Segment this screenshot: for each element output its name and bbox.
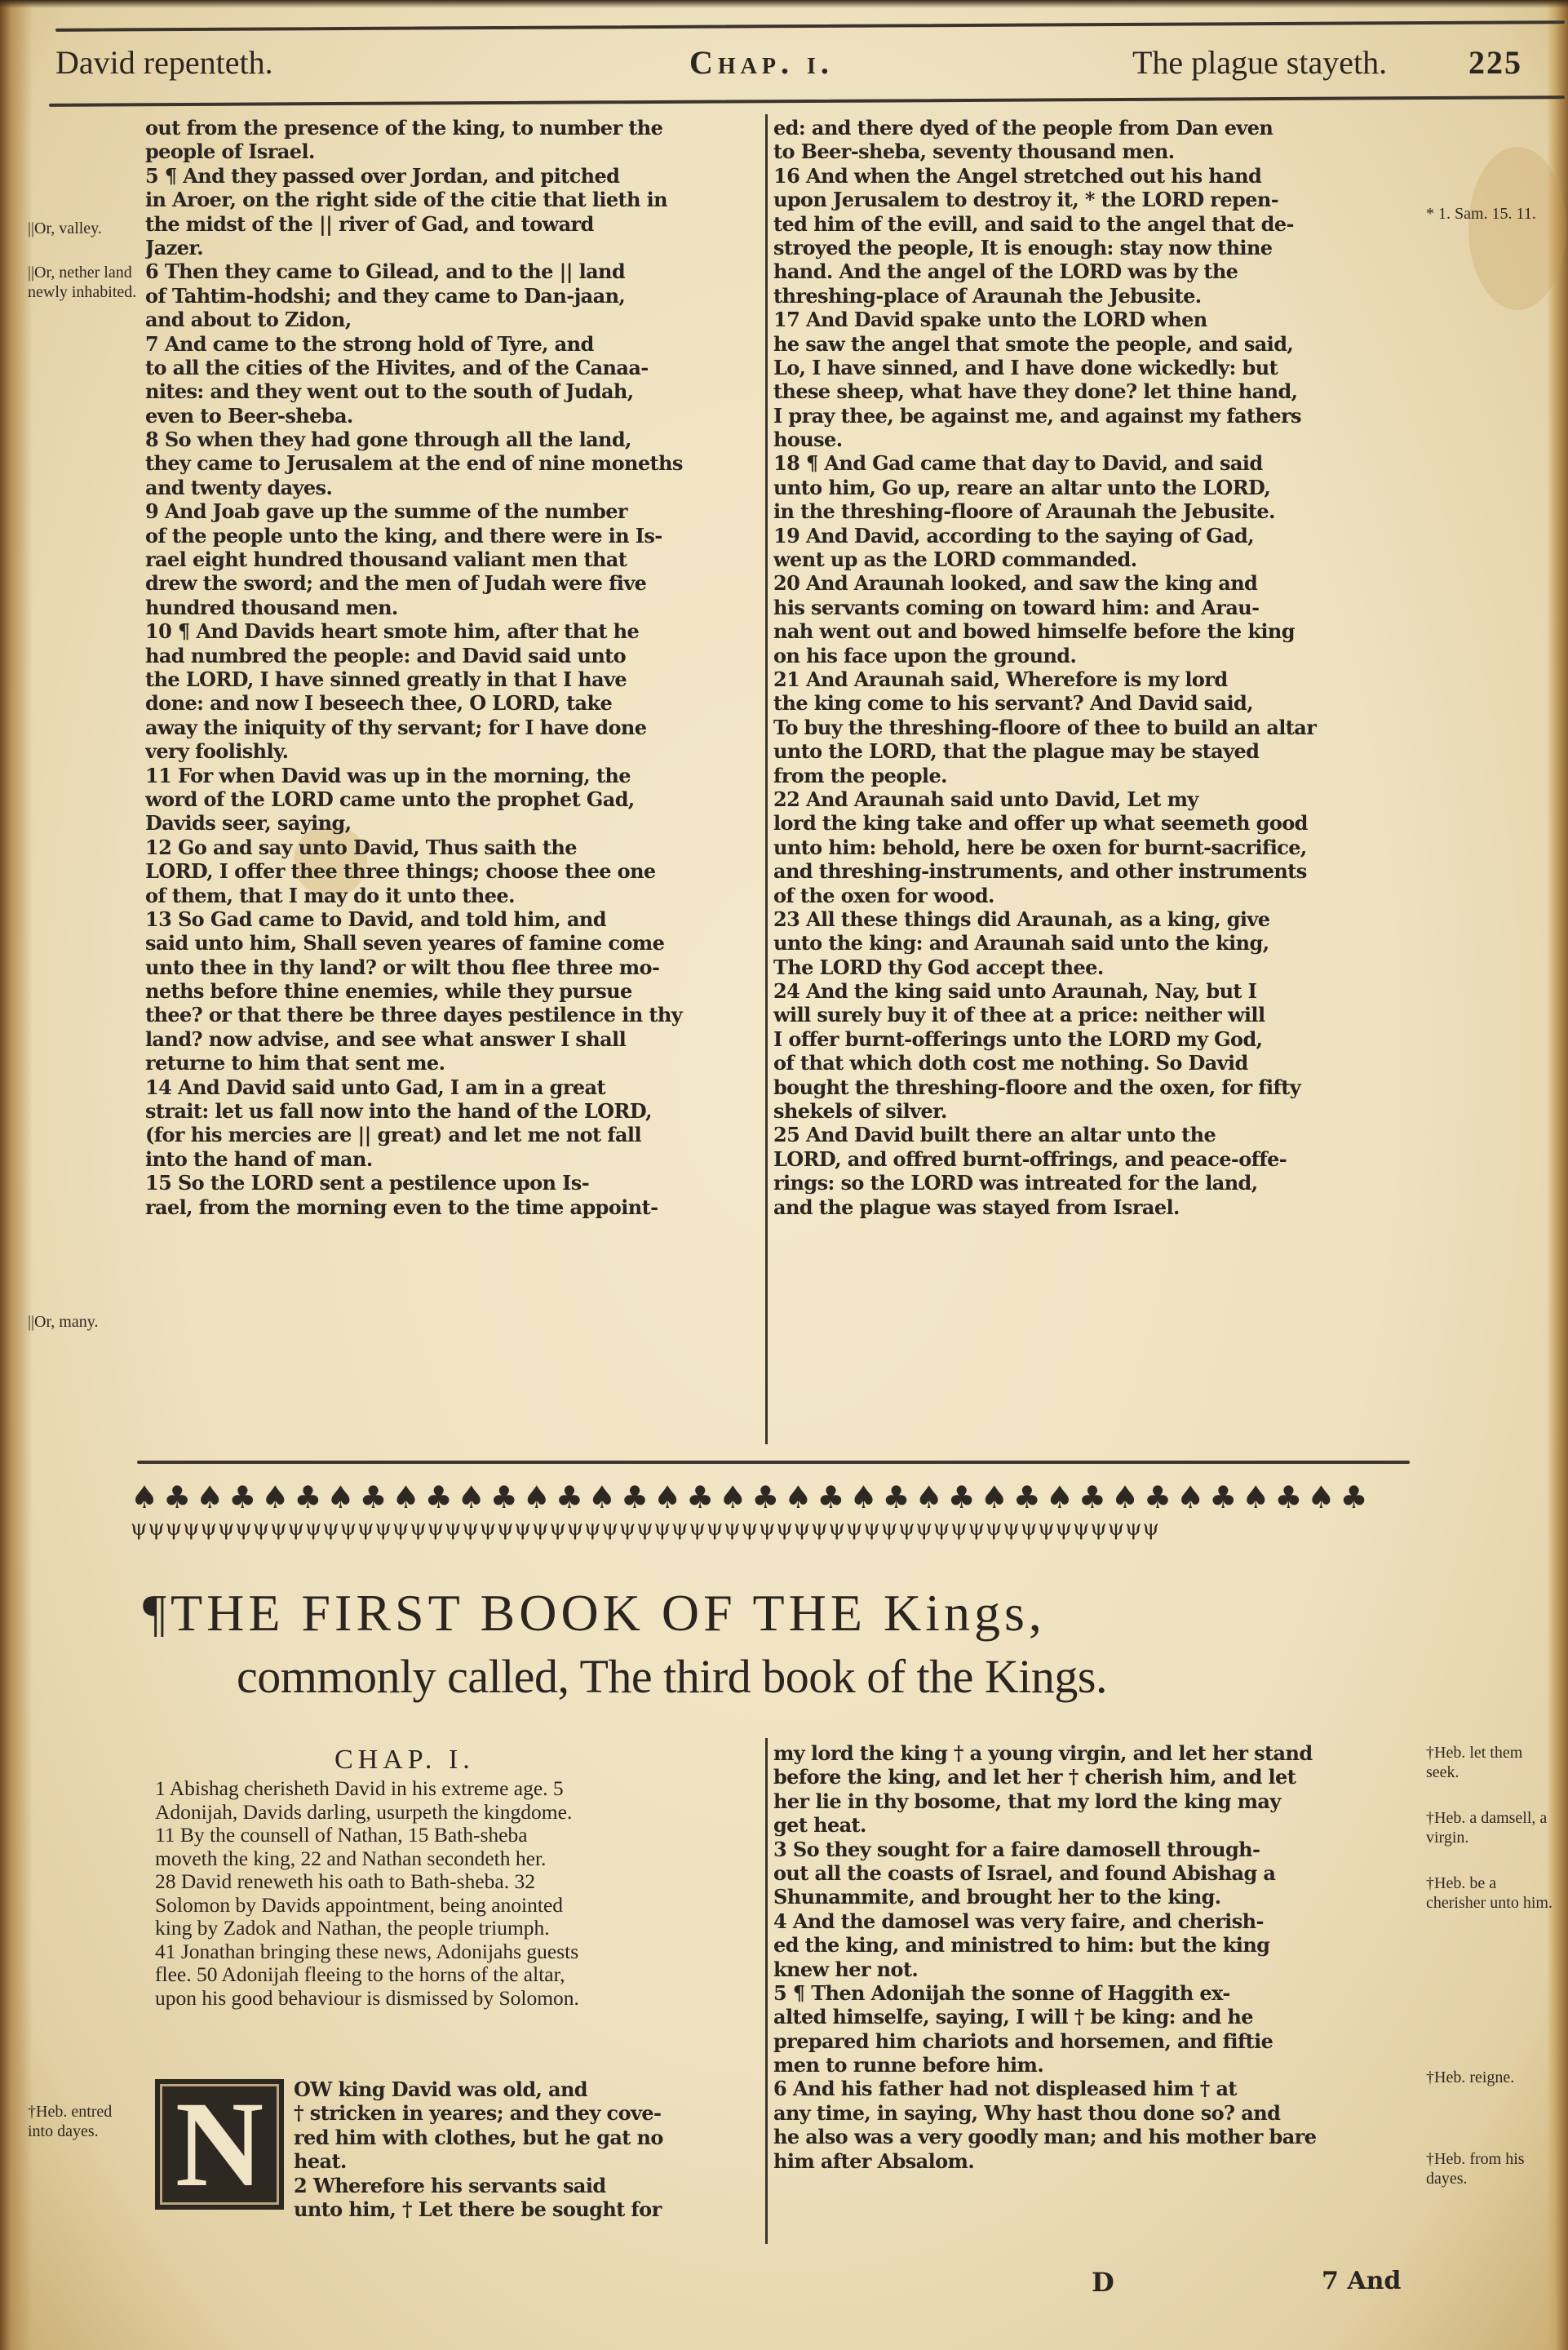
text-line: red him with clothes, but he gat no [294, 2126, 759, 2149]
text-line: people of Israel. [145, 140, 759, 163]
text-line: To buy the threshing-floore of thee to b… [773, 716, 1418, 739]
text-line: 19 And David, according to the saying of… [773, 524, 1418, 548]
text-line: 5 ¶ And they passed over Jordan, and pit… [145, 164, 759, 188]
text-line: I pray thee, be against me, and against … [773, 404, 1418, 428]
ornament-row-fleurons: ♠♣♠♣♠♣♠♣♠♣♠♣♠♣♠♣♠♣♠♣♠♣♠♣♠♣♠♣♠♣♠♣♠♣♠♣♠♣ [131, 1479, 1403, 1516]
text-line: 12 Go and say unto David, Thus saith the [145, 836, 759, 859]
text-line: nah went out and bowed himselfe before t… [773, 619, 1418, 643]
text-line: his servants coming on toward him: and A… [773, 596, 1418, 619]
text-line: 22 And Araunah said unto David, Let my [773, 787, 1418, 811]
text-line: of them, that I may do it unto thee. [145, 884, 759, 907]
text-line: knew her not. [773, 1958, 1410, 1981]
text-line: alted himselfe, saying, I will † be king… [773, 2005, 1410, 2029]
text-line: shekels of silver. [773, 1099, 1418, 1123]
header-top-rule [55, 20, 1565, 32]
text-line: unto him, Go up, reare an altar unto the… [773, 476, 1418, 499]
signature-mark: D [1092, 2267, 1114, 2298]
text-line: and about to Zidon, [145, 308, 759, 331]
text-line: 25 And David built there an altar unto t… [773, 1123, 1418, 1146]
text-line: house. [773, 428, 1418, 451]
text-line: heat. [294, 2149, 759, 2173]
text-line: bought the threshing-floore and the oxen… [773, 1075, 1418, 1099]
text-line: Lo, I have sinned, and I have done wicke… [773, 356, 1418, 379]
text-line: hand. And the angel of the LORD was by t… [773, 259, 1418, 283]
text-line: prepared him chariots and horsemen, and … [773, 2029, 1410, 2053]
margin-note: * 1. Sam. 15. 11. [1426, 204, 1557, 224]
gutter-shadow [0, 0, 33, 2350]
text-line: 41 Jonathan bringing these news, Adonija… [155, 1940, 759, 1964]
text-line: 11 For when David was up in the morning,… [145, 764, 759, 787]
text-line: OW king David was old, and [294, 2077, 759, 2101]
running-head-right: The plague stayeth. [1132, 42, 1387, 83]
text-line: her lie in thy bosome, that my lord the … [773, 1789, 1410, 1813]
text-line: rael, from the morning even to the time … [145, 1195, 759, 1219]
text-line: strait: let us fall now into the hand of… [145, 1099, 759, 1123]
text-line: 28 David reneweth his oath to Bath-sheba… [155, 1870, 759, 1894]
text-line: 6 Then they came to Gilead, and to the |… [145, 259, 759, 283]
text-line: my lord the king † a young virgin, and l… [773, 1741, 1410, 1765]
text-line: drew the sword; and the men of Judah wer… [145, 571, 759, 595]
text-line: 3 So they sought for a faire damosell th… [773, 1838, 1410, 1861]
text-line: word of the LORD came unto the prophet G… [145, 787, 759, 811]
text-line: rael eight hundred thousand valiant men … [145, 548, 759, 571]
book-page: David repenteth. Chap. i. The plague sta… [0, 0, 1568, 2350]
text-line: went up as the LORD commanded. [773, 548, 1418, 571]
text-line: 2 Wherefore his servants said [294, 2174, 759, 2197]
text-line: and the plague was stayed from Israel. [773, 1195, 1418, 1219]
text-line: LORD, and offred burnt-offrings, and pea… [773, 1147, 1418, 1171]
text-line: and threshing-instruments, and other ins… [773, 859, 1418, 883]
text-line: these sheep, what have they done? let th… [773, 379, 1418, 403]
text-line: 15 So the LORD sent a pestilence upon Is… [145, 1171, 759, 1195]
text-line: Adonijah, Davids darling, usurpeth the k… [155, 1801, 759, 1825]
text-line: 11 By the counsell of Nathan, 15 Bath-sh… [155, 1824, 759, 1847]
lower-left-column: OW king David was old, and† stricken in … [294, 2077, 759, 2221]
text-line: to all the cities of the Hivites, and of… [145, 356, 759, 379]
text-line: of the oxen for wood. [773, 884, 1418, 907]
text-line: even to Beer-sheba. [145, 404, 759, 428]
text-line: land? now advise, and see what answer I … [145, 1027, 759, 1051]
book-subtitle: commonly called, The third book of the K… [237, 1650, 1107, 1704]
text-line: 14 And David said unto Gad, I am in a gr… [145, 1075, 759, 1099]
text-line: 20 And Araunah looked, and saw the king … [773, 571, 1418, 595]
running-head-left: David repenteth. [55, 42, 273, 83]
text-line: 18 ¶ And Gad came that day to David, and… [773, 451, 1418, 475]
text-line: The LORD thy God accept thee. [773, 956, 1418, 979]
text-line: to Beer-sheba, seventy thousand men. [773, 140, 1418, 163]
header-bottom-rule [49, 95, 1565, 107]
margin-note: †Heb. reigne. [1426, 2068, 1557, 2087]
margin-note: ||Or, nether land newly inhabited. [28, 263, 138, 302]
text-line: king by Zadok and Nathan, the people tri… [155, 1917, 759, 1940]
text-line: 13 So Gad came to David, and told him, a… [145, 907, 759, 931]
text-line: Solomon by Davids appointment, being ano… [155, 1894, 759, 1918]
margin-note: †Heb. entred into dayes. [28, 2102, 138, 2141]
text-line: Jazer. [145, 236, 759, 259]
text-line: very foolishly. [145, 739, 759, 763]
text-line: 23 All these things did Araunah, as a ki… [773, 907, 1418, 931]
upper-left-column: out from the presence of the king, to nu… [145, 116, 759, 1219]
text-line: and twenty dayes. [145, 476, 759, 499]
column-divider [765, 114, 768, 1444]
chapter-heading: CHAP. I. [334, 1745, 475, 1776]
text-line: 21 And Araunah said, Wherefore is my lor… [773, 667, 1418, 691]
text-line: get heat. [773, 1813, 1410, 1837]
text-line: will surely buy it of thee at a price: n… [773, 1003, 1418, 1026]
text-line: hundred thousand men. [145, 596, 759, 619]
book-title: ¶THE FIRST BOOK OF THE Kings, [143, 1585, 1432, 1642]
text-line: unto the LORD, that the plague may be st… [773, 739, 1418, 763]
text-line: in Aroer, on the right side of the citie… [145, 188, 759, 211]
text-line: 17 And David spake unto the LORD when [773, 308, 1418, 331]
text-line: nites: and they went out to the south of… [145, 379, 759, 403]
margin-note: †Heb. let them seek. [1426, 1743, 1557, 1782]
column-divider-lower [765, 1738, 768, 2244]
text-line: † stricken in yeares; and they cove- [294, 2101, 759, 2125]
margin-note: ||Or, valley. [28, 219, 138, 238]
text-line: he saw the angel that smote the people, … [773, 332, 1418, 356]
text-line: 10 ¶ And Davids heart smote him, after t… [145, 619, 759, 643]
text-line: done: and now I beseech thee, O LORD, ta… [145, 691, 759, 715]
text-line: returne to him that sent me. [145, 1051, 759, 1075]
text-line: I offer burnt-offerings unto the LORD my… [773, 1027, 1418, 1051]
text-line: LORD, I offer thee three things; choose … [145, 859, 759, 883]
text-line: 5 ¶ Then Adonijah the sonne of Haggith e… [773, 1981, 1410, 2005]
section-rule [137, 1461, 1410, 1464]
text-line: rings: so the LORD was intreated for the… [773, 1171, 1418, 1195]
text-line: any time, in saying, Why hast thou done … [773, 2101, 1410, 2125]
text-line: away the iniquity of thy servant; for I … [145, 716, 759, 739]
text-line: (for his mercies are || great) and let m… [145, 1123, 759, 1146]
catchword: 7 And [1322, 2267, 1401, 2295]
text-line: ed: and there dyed of the people from Da… [773, 116, 1418, 140]
text-line: upon his good behaviour is dismissed by … [155, 1987, 759, 2011]
text-line: 24 And the king said unto Araunah, Nay, … [773, 979, 1418, 1003]
text-line: unto him: behold, here be oxen for burnt… [773, 836, 1418, 859]
text-line: threshing-place of Araunah the Jebusite. [773, 284, 1418, 308]
text-line: 6 And his father had not displeased him … [773, 2077, 1410, 2100]
text-line: 16 And when the Angel stretched out his … [773, 164, 1418, 188]
margin-note: †Heb. be a cherisher unto him. [1426, 1873, 1557, 1913]
text-line: upon Jerusalem to destroy it, * the LORD… [773, 188, 1418, 211]
text-line: the king come to his servant? And David … [773, 691, 1418, 715]
text-line: 4 And the damosel was very faire, and ch… [773, 1909, 1410, 1933]
text-line: flee. 50 Adonijah fleeing to the horns o… [155, 1963, 759, 1987]
page-edge [1547, 0, 1568, 2350]
text-line: 9 And Joab gave up the summe of the numb… [145, 499, 759, 523]
text-line: ed the king, and ministred to him: but t… [773, 1933, 1410, 1957]
text-line: before the king, and let her † cherish h… [773, 1765, 1410, 1789]
text-line: Shunammite, and brought her to the king. [773, 1885, 1410, 1909]
running-head-chapter: Chap. i. [689, 42, 834, 83]
text-line: of Tahtim-hodshi; and they came to Dan-j… [145, 284, 759, 308]
text-line: ted him of the evill, and said to the an… [773, 212, 1418, 236]
ornament-row-fringe: ψψψψψψψψψψψψψψψψψψψψψψψψψψψψψψψψψψψψψψψψ… [131, 1516, 1403, 1541]
text-line: into the hand of man. [145, 1147, 759, 1171]
text-line: out from the presence of the king, to nu… [145, 116, 759, 140]
text-line: unto him, † Let there be sought for [294, 2197, 759, 2221]
page-top-edge [0, 0, 1568, 8]
text-line: neths before thine enemies, while they p… [145, 979, 759, 1003]
text-line: men to runne before him. [773, 2053, 1410, 2077]
page-number: 225 [1468, 42, 1522, 83]
text-line: he also was a very goodly man; and his m… [773, 2125, 1410, 2148]
paper-stain [1468, 147, 1566, 310]
text-line: 8 So when they had gone through all the … [145, 428, 759, 451]
text-line: the LORD, I have sinned greatly in that … [145, 667, 759, 691]
lower-right-column: my lord the king † a young virgin, and l… [773, 1741, 1410, 2173]
text-line: 7 And came to the strong hold of Tyre, a… [145, 332, 759, 356]
text-line: Davids seer, saying, [145, 811, 759, 835]
text-line: unto thee in thy land? or wilt thou flee… [145, 956, 759, 979]
drop-cap-initial: N [155, 2079, 284, 2210]
text-line: of that which doth cost me nothing. So D… [773, 1051, 1418, 1075]
text-line: said unto him, Shall seven yeares of fam… [145, 931, 759, 955]
text-line: on his face upon the ground. [773, 644, 1418, 667]
ornamental-border: ♠♣♠♣♠♣♠♣♠♣♠♣♠♣♠♣♠♣♠♣♠♣♠♣♠♣♠♣♠♣♠♣♠♣♠♣♠♣ ψ… [131, 1479, 1403, 1568]
text-line: him after Absalom. [773, 2149, 1410, 2173]
text-line: in the threshing-floore of Araunah the J… [773, 499, 1418, 523]
margin-note: †Heb. a damsell, a virgin. [1426, 1808, 1557, 1847]
text-line: out all the coasts of Israel, and found … [773, 1861, 1410, 1885]
text-line: moveth the king, 22 and Nathan secondeth… [155, 1847, 759, 1871]
text-line: stroyed the people, It is enough: stay n… [773, 236, 1418, 259]
margin-note: ||Or, many. [28, 1312, 138, 1332]
text-line: had numbred the people: and David said u… [145, 644, 759, 667]
upper-right-column: ed: and there dyed of the people from Da… [773, 116, 1418, 1219]
text-line: the midst of the || river of Gad, and to… [145, 212, 759, 236]
text-line: they came to Jerusalem at the end of nin… [145, 451, 759, 475]
text-line: from the people. [773, 764, 1418, 787]
chapter-summary: 1 Abishag cherisheth David in his extrem… [155, 1777, 759, 2010]
text-line: unto the king: and Araunah said unto the… [773, 931, 1418, 955]
text-line: thee? or that there be three dayes pesti… [145, 1003, 759, 1026]
text-line: of the people unto the king, and there w… [145, 524, 759, 548]
margin-note: †Heb. from his dayes. [1426, 2149, 1557, 2188]
text-line: lord the king take and offer up what see… [773, 811, 1418, 835]
text-line: 1 Abishag cherisheth David in his extrem… [155, 1777, 759, 1801]
